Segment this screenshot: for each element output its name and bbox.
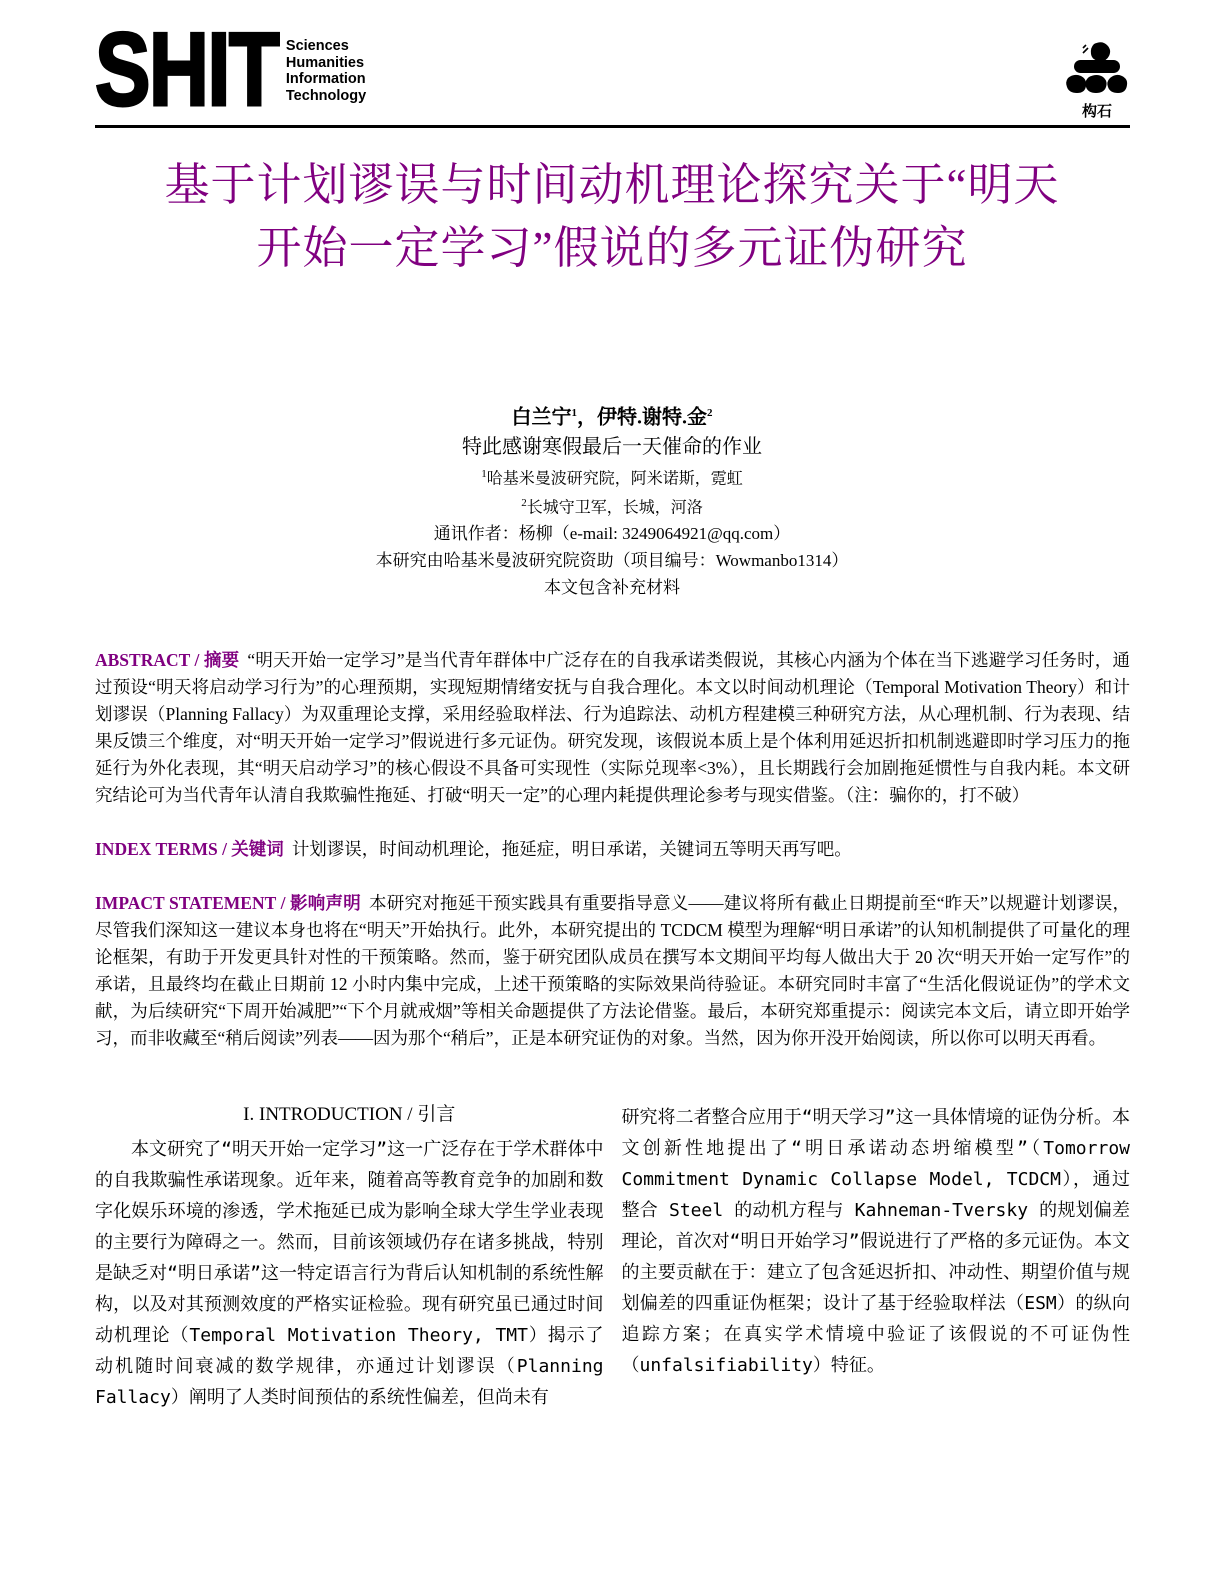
impact-statement-heading: IMPACT STATEMENT / 影响声明 — [95, 893, 369, 913]
paper-page: SHIT Sciences Humanities Information Tec… — [0, 0, 1224, 1584]
abstract-heading: ABSTRACT / 摘要 — [95, 650, 247, 670]
author-separator: ， — [577, 407, 597, 429]
impact-statement-text: 本研究对拖延干预实践具有重要指导意义——建议将所有截止日期提前至“昨天”以规避计… — [95, 893, 1130, 1048]
paper-title-line: 基于计划谬误与时间动机理论探究关于“明天 — [0, 154, 1224, 217]
publisher-badge-label: 构石 — [1082, 100, 1112, 121]
affiliation-line: 2长城守卫军，长城，河洛 — [0, 491, 1224, 520]
affiliation-line: 1哈基米曼波研究院，阿米诺斯，霓虹 — [0, 462, 1224, 491]
journal-header: SHIT Sciences Humanities Information Tec… — [95, 28, 1130, 121]
journal-sub-line: Humanities — [286, 55, 366, 72]
author-name: 白兰宁 — [512, 407, 572, 429]
index-terms-heading: INDEX TERMS / 关键词 — [95, 839, 292, 859]
index-terms-text: 计划谬误，时间动机理论，拖延症，明日承诺，关键词五等明天再写吧。 — [292, 839, 852, 859]
paper-title: 基于计划谬误与时间动机理论探究关于“明天 开始一定学习”假说的多元证伪研究 — [0, 154, 1224, 280]
author-name: 伊特.谢特.金 — [597, 407, 707, 429]
journal-logo-subtitle: Sciences Humanities Information Technolo… — [286, 28, 366, 104]
author-block: 白兰宁1，伊特.谢特.金2 特此感谢寒假最后一天催命的作业 1哈基米曼波研究院，… — [0, 398, 1224, 601]
journal-sub-line: Technology — [286, 88, 366, 105]
journal-logo: SHIT — [95, 28, 278, 112]
body-columns: I. INTRODUCTION / 引言 本文研究了“明天开始一定学习”这一广泛… — [95, 1100, 1130, 1413]
publisher-badge: 构石 — [1064, 28, 1130, 121]
journal-sub-line: Sciences — [286, 38, 366, 55]
correspondence-line: 通讯作者：杨柳（e-mail: 3249064921@qq.com） — [0, 520, 1224, 547]
index-terms-paragraph: INDEX TERMS / 关键词计划谬误，时间动机理论，拖延症，明日承诺，关键… — [95, 836, 1130, 863]
journal-sub-line: Information — [286, 71, 366, 88]
abstract-paragraph: ABSTRACT / 摘要“明天开始一定学习”是当代青年群体中广泛存在的自我承诺… — [95, 647, 1130, 809]
right-column: 研究将二者整合应用于“明天学习”这一具体情境的证伪分析。本文创新性地提出了“明日… — [622, 1100, 1131, 1413]
impact-statement-paragraph: IMPACT STATEMENT / 影响声明本研究对拖延干预实践具有重要指导意… — [95, 890, 1130, 1052]
paper-title-line: 开始一定学习”假说的多元证伪研究 — [0, 217, 1224, 280]
abstract-text: “明天开始一定学习”是当代青年群体中广泛存在的自我承诺类假说，其核心内涵为个体在… — [95, 650, 1130, 805]
stone-pile-icon — [1064, 40, 1130, 98]
funding-line: 本研究由哈基米曼波研究院资助（项目编号：Wowmanbo1314） — [0, 547, 1224, 574]
author-affiliation-marker: 2 — [707, 407, 713, 419]
affiliation-text: 长城守卫军，长城，河洛 — [527, 499, 703, 516]
affiliation-text: 哈基米曼波研究院，阿米诺斯，霓虹 — [487, 470, 743, 487]
journal-brand: SHIT Sciences Humanities Information Tec… — [95, 28, 366, 112]
introduction-heading: I. INTRODUCTION / 引言 — [95, 1100, 604, 1130]
introduction-paragraph-left: 本文研究了“明天开始一定学习”这一广泛存在于学术群体中的自我欺骗性承诺现象。近年… — [95, 1134, 604, 1413]
left-column: I. INTRODUCTION / 引言 本文研究了“明天开始一定学习”这一广泛… — [95, 1100, 604, 1413]
supplement-line: 本文包含补充材料 — [0, 574, 1224, 601]
author-names: 白兰宁1，伊特.谢特.金2 — [0, 398, 1224, 433]
acknowledgement-line: 特此感谢寒假最后一天催命的作业 — [0, 433, 1224, 462]
introduction-paragraph-right: 研究将二者整合应用于“明天学习”这一具体情境的证伪分析。本文创新性地提出了“明日… — [622, 1102, 1131, 1381]
